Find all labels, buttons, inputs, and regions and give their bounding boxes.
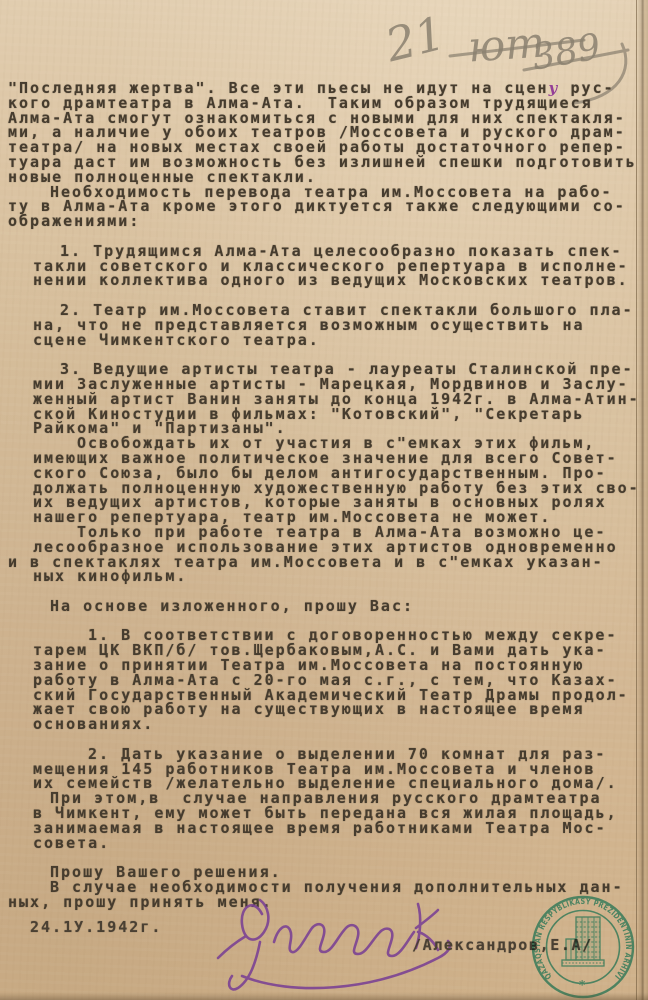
- document-line: ных кинофильм.: [0, 569, 648, 584]
- document-line: основаниях.: [0, 717, 648, 732]
- page-edge-bottom: [0, 992, 648, 1000]
- document-lines: "Последняя жертва". Все эти пьесы не иду…: [0, 81, 648, 910]
- page-edge-right: [636, 0, 648, 1000]
- document-line: ображениями:: [0, 214, 648, 229]
- document-line: На основе изложенного, прошу Вас:: [0, 599, 648, 614]
- building-icon: [562, 917, 604, 966]
- stamp-star: *: [579, 978, 586, 992]
- date-line: 24.1У.1942г.: [30, 918, 162, 936]
- document-line: совета.: [0, 836, 648, 851]
- document-line: сцене Чимкентского театра.: [0, 333, 648, 348]
- document-line: нении коллектива одного из ведущих Моско…: [0, 273, 648, 288]
- archive-stamp: QAZAQSTAN RESPÝBLIKASY PREZIDENTINIŃ ARH…: [523, 887, 643, 1000]
- document-page: 21 ют 389 "Последняя жертва". Все эти пь…: [0, 0, 648, 1000]
